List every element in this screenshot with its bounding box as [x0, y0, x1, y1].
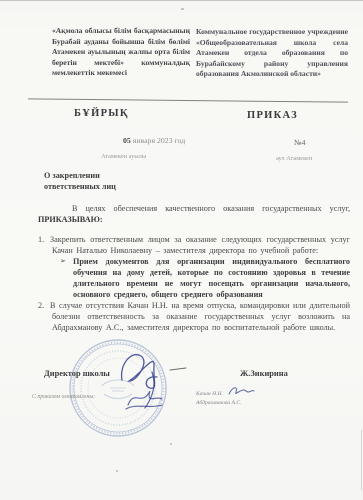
order-title-russian: ПРИКАЗ: [247, 110, 298, 121]
order-item-1-bullet: ➢ Прием документов для организации индив…: [60, 256, 350, 300]
scan-speck: [181, 8, 184, 10]
order-number: №4: [294, 138, 305, 147]
order-subject: О закреплении ответственных лиц: [44, 170, 116, 192]
order-item-1-bullet-text: Прием документов для организации индивид…: [73, 257, 350, 299]
scan-artifact-right-edge: [361, 430, 362, 490]
order-item-2: 2.В случае отсутствия Качан Н.Н. на врем…: [38, 300, 350, 333]
acknowledgement-name-2: Абдрахманова А.С.: [196, 399, 242, 408]
order-body: В целях обеспечения качественного оказан…: [38, 203, 350, 333]
order-subject-line2: ответственных лиц: [44, 181, 116, 192]
order-item-2-number: 2.: [38, 300, 50, 311]
acknowledgement-signature-flourish: [122, 385, 166, 413]
place-russian: аул Атамекен: [276, 155, 312, 162]
letterhead-kazakh: «Ақмола облысы білім басқармасының Бураб…: [52, 26, 190, 79]
scan-speck: [116, 470, 118, 472]
director-name: Ж.Зикирина: [240, 369, 288, 378]
letterhead-russian: Коммунальное государственное учреждение …: [196, 27, 348, 80]
acknowledgement-signature-1: [226, 384, 256, 398]
letterhead-divider-line: [28, 98, 348, 102]
place-kazakh: Атамекен ауылы: [101, 153, 146, 160]
order-item-2-text: В случае отсутствия Качан Н.Н. на время …: [50, 301, 350, 332]
order-item-1: 1.Закрепить ответственным лицом за оказа…: [38, 234, 350, 256]
order-date-day: 05: [123, 136, 131, 145]
acknowledgement-label: С приказом ознакомлены:: [32, 394, 95, 400]
order-item-1-text: Закрепить ответственным лицом за оказани…: [50, 235, 350, 255]
order-subject-line1: О закреплении: [44, 170, 116, 181]
order-title-kazakh: БҰЙРЫҚ: [74, 108, 129, 119]
scan-artifact-top-edge: [0, 0, 363, 1]
order-date: 05 января 2023 год: [123, 136, 185, 145]
intro-paragraph: В целях обеспечения качественного оказан…: [38, 203, 350, 214]
scanned-order-page: «Ақмола облысы білім басқармасының Бураб…: [0, 0, 363, 500]
order-verb: ПРИКАЗЫВАЮ:: [38, 214, 350, 225]
director-label: Директор школы: [44, 369, 110, 378]
order-date-rest: января 2023 год: [133, 136, 185, 145]
order-items: 1.Закрепить ответственным лицом за оказа…: [38, 234, 350, 333]
order-item-1-number: 1.: [38, 234, 50, 245]
scan-speck: [170, 443, 172, 445]
arrow-bullet-icon: ➢: [60, 256, 66, 267]
